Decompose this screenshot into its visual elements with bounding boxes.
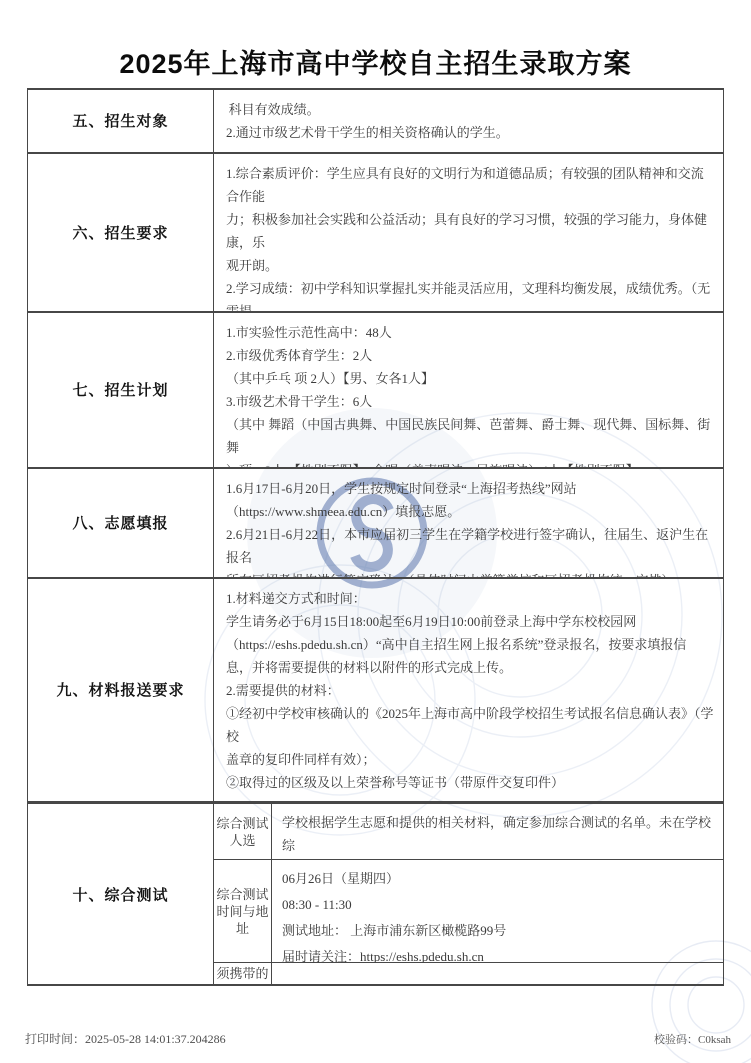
row-content: 1.综合素质评价：学生应具有良好的文明行为和道德品质；有较强的团队精神和交流合作… [214, 154, 723, 311]
verification-code-label: 校验码： [654, 1034, 698, 1046]
subrow-content [272, 963, 723, 984]
page-title: 2025年上海市高中学校自主招生录取方案 [0, 42, 751, 81]
row-label: 五、招生对象 [28, 90, 214, 152]
print-time-label: 打印时间： [25, 1032, 85, 1046]
row-label: 十、综合测试 [28, 804, 214, 984]
row-label: 七、招生计划 [28, 313, 214, 467]
verification-code-value: C0ksah [698, 1034, 731, 1046]
table-row-enrollment-plan: 七、招生计划 1.市实验性示范性高中：48人 2.市级优秀体育学生：2人 （其中… [28, 313, 723, 469]
subrow-label: 综合测试 人选 [214, 804, 272, 859]
subrow-content: 06月26日（星期四） 08:30 - 11:30 测试地址： 上海市浦东新区橄… [272, 860, 723, 962]
print-footer: 打印时间：2025-05-28 14:01:37.204286 校验码：C0ks… [25, 1030, 731, 1047]
document-page: 2025年上海市高中学校自主招生录取方案 五、招生对象 科目有效成绩。 2.通过… [0, 0, 751, 1063]
row-content: 1.市实验性示范性高中：48人 2.市级优秀体育学生：2人 （其中乒乓 项 2人… [214, 313, 723, 467]
subrow-label: 综合测试 时间与地 址 [214, 860, 272, 962]
row-label: 八、志愿填报 [28, 469, 214, 577]
table-row-enrollment-requirements: 六、招生要求 1.综合素质评价：学生应具有良好的文明行为和道德品质；有较强的团队… [28, 154, 723, 313]
table-row-comprehensive-test: 十、综合测试 综合测试 人选 学校根据学生志愿和提供的相关材料，确定参加综合测试… [28, 804, 723, 984]
subrow-label: 须携带的 [214, 963, 272, 984]
verification-code: 校验码：C0ksah [654, 1031, 731, 1047]
row-content: 科目有效成绩。 2.通过市级艺术骨干学生的相关资格确认的学生。 [214, 90, 723, 152]
print-time-value: 2025-05-28 14:01:37.204286 [85, 1032, 226, 1046]
print-time: 打印时间：2025-05-28 14:01:37.204286 [25, 1030, 226, 1047]
row-label: 九、材料报送要求 [28, 579, 214, 801]
comprehensive-test-subtable: 综合测试 人选 学校根据学生志愿和提供的相关材料，确定参加综合测试的名单。未在学… [214, 804, 723, 984]
table-row-enrollment-target: 五、招生对象 科目有效成绩。 2.通过市级艺术骨干学生的相关资格确认的学生。 [28, 90, 723, 154]
subrow-test-candidates: 综合测试 人选 学校根据学生志愿和提供的相关材料，确定参加综合测试的名单。未在学… [214, 804, 723, 860]
subrow-content: 学校根据学生志愿和提供的相关材料，确定参加综合测试的名单。未在学校综 合测试名单… [272, 804, 723, 859]
row-label: 六、招生要求 [28, 154, 214, 311]
table-row-application: 八、志愿填报 1.6月17日-6月20日，学生按规定时间登录“上海招考热线”网站… [28, 469, 723, 579]
subrow-items-to-bring: 须携带的 [214, 963, 723, 984]
table-row-material-submission: 九、材料报送要求 1.材料递交方式和时间： 学生请务必于6月15日18:00起至… [28, 579, 723, 804]
row-content: 1.6月17日-6月20日，学生按规定时间登录“上海招考热线”网站 （https… [214, 469, 723, 577]
row-content: 1.材料递交方式和时间： 学生请务必于6月15日18:00起至6月19日10:0… [214, 579, 723, 801]
admission-plan-table: 五、招生对象 科目有效成绩。 2.通过市级艺术骨干学生的相关资格确认的学生。 六… [27, 88, 724, 986]
subrow-test-time-location: 综合测试 时间与地 址 06月26日（星期四） 08:30 - 11:30 测试… [214, 860, 723, 963]
